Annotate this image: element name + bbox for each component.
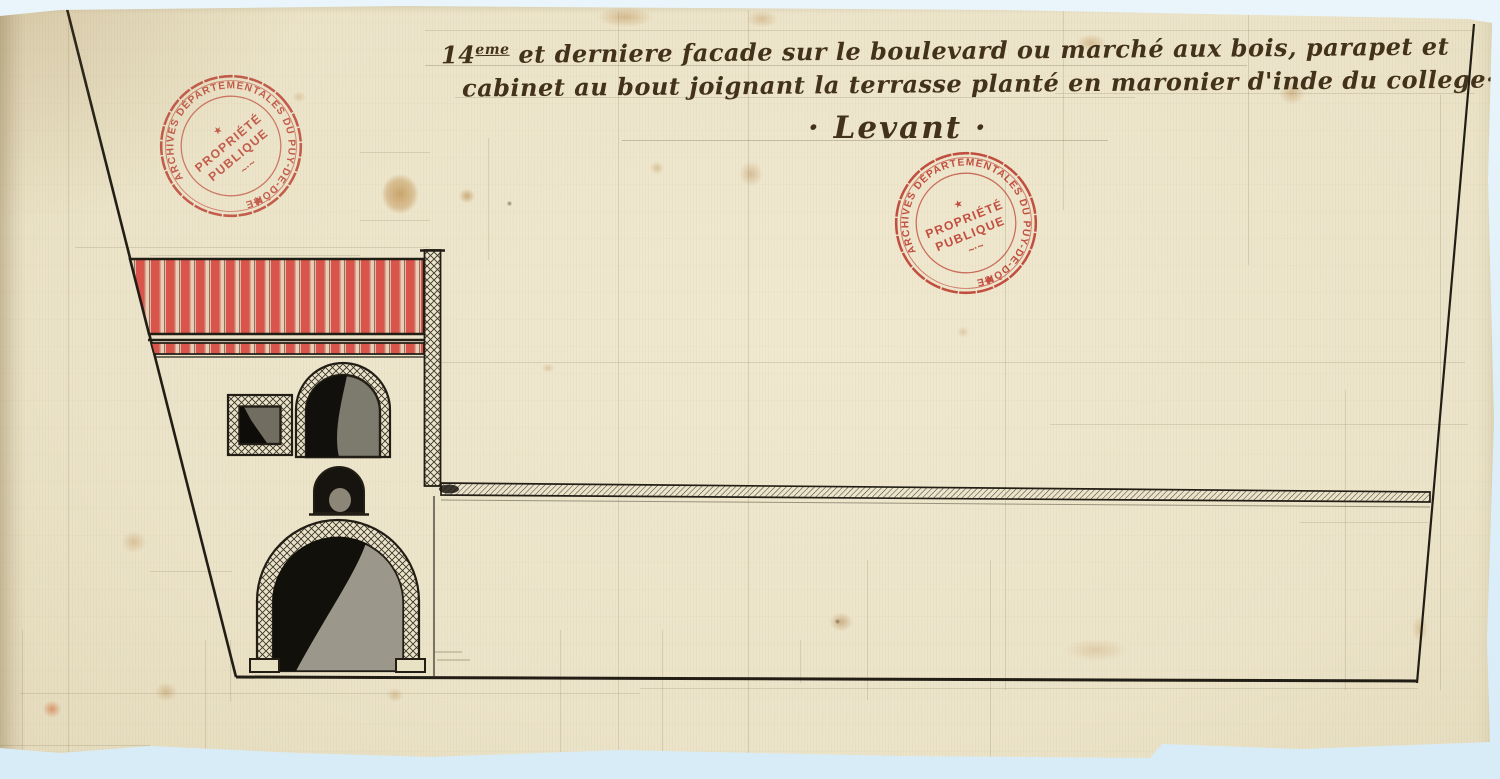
scanned-document: 14eme et derniere facade sur le boulevar… [0,0,1500,779]
square-window [228,395,292,455]
roof-fascia [151,343,424,354]
roof-tiles [130,259,424,334]
caption-ordinal: eme [475,42,509,58]
paper-sheet: 14eme et derniere facade sur le boulevar… [0,0,1500,779]
caption-number: 14 [441,40,476,69]
archive-stamp-left: ARCHIVES DÉPARTEMENTALES DU PUY-DE-DÔME … [148,63,314,229]
stamp-flourish: ~·~ [966,240,985,257]
right-section-line [1417,24,1474,683]
stamp-center-star: ★ [953,197,965,210]
ground-line [236,677,1417,681]
doorway-right-plinth [396,659,425,672]
parapet-band [439,483,1430,507]
arched-window [296,363,390,457]
roof-band [130,259,424,357]
archive-stamp-right: ARCHIVES DÉPARTEMENTALES DU PUY-DE-DÔME … [883,140,1049,306]
small-arched-opening [309,467,369,515]
doorway-left-plinth [250,659,279,672]
stamp-center-star: ★ [212,123,225,136]
corner-pilaster [420,250,470,678]
arched-doorway [250,520,425,672]
